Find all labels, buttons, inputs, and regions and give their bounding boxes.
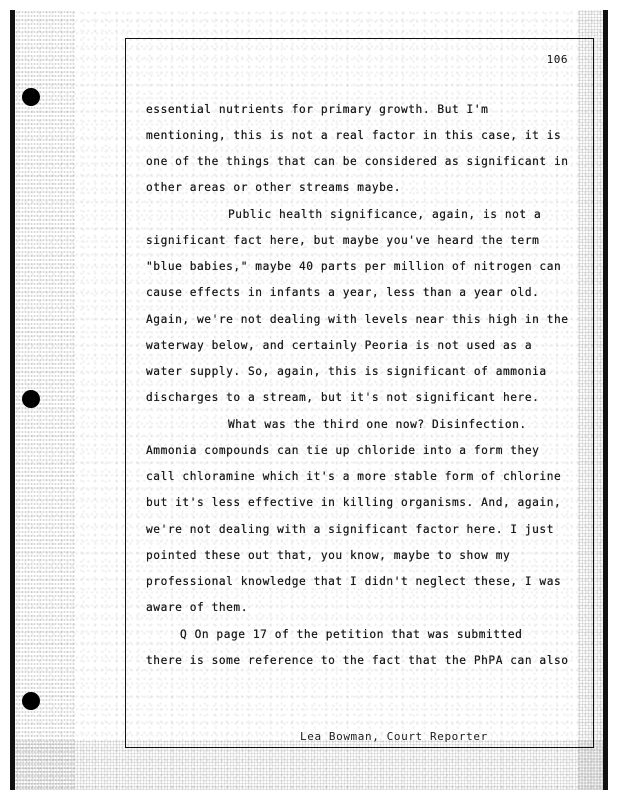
transcript-line: there is some reference to the fact that… — [146, 654, 569, 667]
transcript-line: significant fact here, but maybe you've … — [146, 234, 539, 247]
transcript-line: one of the things that can be considered… — [146, 155, 569, 168]
left-page-edge — [10, 10, 15, 790]
transcript-line: "blue babies," maybe 40 parts per millio… — [146, 260, 561, 273]
punch-hole-middle — [22, 390, 40, 408]
transcript-line: mentioning, this is not a real factor in… — [146, 129, 561, 142]
transcript-line: Public health significance, again, is no… — [228, 208, 541, 221]
transcript-line: water supply. So, again, this is signifi… — [146, 365, 547, 378]
transcript-line: essential nutrients for primary growth. … — [146, 103, 488, 116]
transcript-line: discharges to a stream, but it's not sig… — [146, 391, 539, 404]
punch-hole-bottom — [22, 692, 40, 710]
page-number: 106 — [547, 53, 568, 66]
transcript-line: Ammonia compounds can tie up chloride in… — [146, 444, 539, 457]
court-reporter-footer: Lea Bowman, Court Reporter — [300, 730, 488, 743]
transcript-line: waterway below, and certainly Peoria is … — [146, 339, 532, 352]
transcript-line: aware of them. — [146, 601, 248, 614]
transcript-line: but it's less effective in killing organ… — [146, 496, 561, 509]
transcript-line: What was the third one now? Disinfection… — [228, 418, 527, 431]
transcript-line: pointed these out that, you know, maybe … — [146, 549, 510, 562]
transcript-line: other areas or other streams maybe. — [146, 181, 401, 194]
transcript-line: professional knowledge that I didn't neg… — [146, 575, 561, 588]
transcript-line: cause effects in infants a year, less th… — [146, 286, 539, 299]
punch-hole-top — [22, 88, 40, 106]
transcript-line-question: Q On page 17 of the petition that was su… — [180, 628, 522, 641]
transcript-line: call chloramine which it's a more stable… — [146, 470, 561, 483]
transcript-line: Again, we're not dealing with levels nea… — [146, 313, 569, 326]
transcript-line: we're not dealing with a significant fac… — [146, 523, 554, 536]
right-page-edge — [603, 10, 608, 790]
